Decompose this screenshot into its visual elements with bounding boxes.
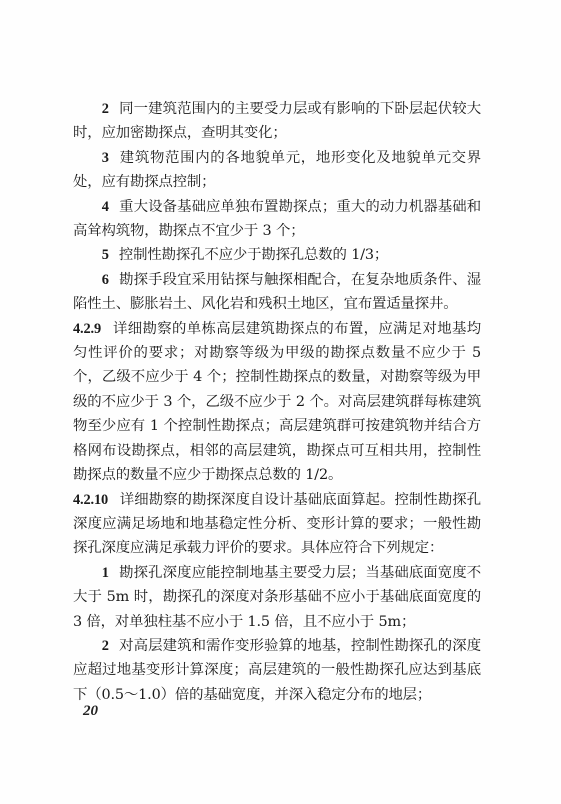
item-number: 2 (102, 638, 109, 654)
clause-4-2-9: 4.2.9详细勘察的单栋高层建筑勘探点的布置，应满足对地基均匀性评价的要求；对勘… (73, 317, 481, 488)
clause-number: 4.2.10 (73, 492, 108, 508)
clause-4-2-10: 4.2.10详细勘察的勘探深度自设计基础底面算起。控制性勘探孔深度应满足场地和地… (73, 488, 481, 561)
list-item-4: 4重大设备基础应单独布置勘探点；重大的动力机器基础和高耸构筑物，勘探点不宜少于 … (73, 195, 481, 244)
item-number: 6 (102, 272, 109, 288)
document-page: 2同一建筑范围内的主要受力层或有影响的下卧层起伏较大时，应加密勘探点，查明其变化… (0, 0, 561, 804)
clause-text: 详细勘察的单栋高层建筑勘探点的布置，应满足对地基均匀性评价的要求；对勘察等级为甲… (73, 321, 481, 483)
list-item-2: 2同一建筑范围内的主要受力层或有影响的下卧层起伏较大时，应加密勘探点，查明其变化… (73, 97, 481, 146)
item-text: 勘探孔深度应能控制地基主要受力层；当基础底面宽度不大于 5m 时，勘探孔的深度对… (73, 565, 481, 630)
item-text: 对高层建筑和需作变形验算的地基，控制性勘探孔的深度应超过地基变形计算深度；高层建… (73, 638, 481, 703)
item-number: 3 (102, 150, 109, 166)
item-number: 2 (102, 101, 109, 117)
item-text: 同一建筑范围内的主要受力层或有影响的下卧层起伏较大时，应加密勘探点，查明其变化； (73, 101, 481, 141)
body-text: 2同一建筑范围内的主要受力层或有影响的下卧层起伏较大时，应加密勘探点，查明其变化… (73, 97, 481, 707)
clause-text: 详细勘察的勘探深度自设计基础底面算起。控制性勘探孔深度应满足场地和地基稳定性分析… (73, 492, 481, 557)
item-number: 1 (102, 565, 109, 581)
list-item-2b: 2对高层建筑和需作变形验算的地基，控制性勘探孔的深度应超过地基变形计算深度；高层… (73, 634, 481, 707)
list-item-3: 3建筑物范围内的各地貌单元，地形变化及地貌单元交界处，应有勘探点控制； (73, 146, 481, 195)
clause-number: 4.2.9 (73, 321, 101, 337)
list-item-1: 1勘探孔深度应能控制地基主要受力层；当基础底面宽度不大于 5m 时，勘探孔的深度… (73, 561, 481, 634)
list-item-6: 6勘探手段宜采用钻探与触探相配合，在复杂地质条件、湿陷性土、膨胀岩土、风化岩和残… (73, 268, 481, 317)
item-text: 重大设备基础应单独布置勘探点；重大的动力机器基础和高耸构筑物，勘探点不宜少于 3… (73, 199, 481, 239)
item-text: 建筑物范围内的各地貌单元，地形变化及地貌单元交界处，应有勘探点控制； (73, 150, 481, 190)
item-number: 4 (102, 199, 109, 215)
page-number: 20 (83, 703, 98, 720)
list-item-5: 5控制性勘探孔不应少于勘探孔总数的 1/3； (73, 243, 481, 267)
item-text: 控制性勘探孔不应少于勘探孔总数的 1/3； (119, 247, 388, 263)
item-number: 5 (102, 247, 109, 263)
item-text: 勘探手段宜采用钻探与触探相配合，在复杂地质条件、湿陷性土、膨胀岩土、风化岩和残积… (73, 272, 481, 312)
